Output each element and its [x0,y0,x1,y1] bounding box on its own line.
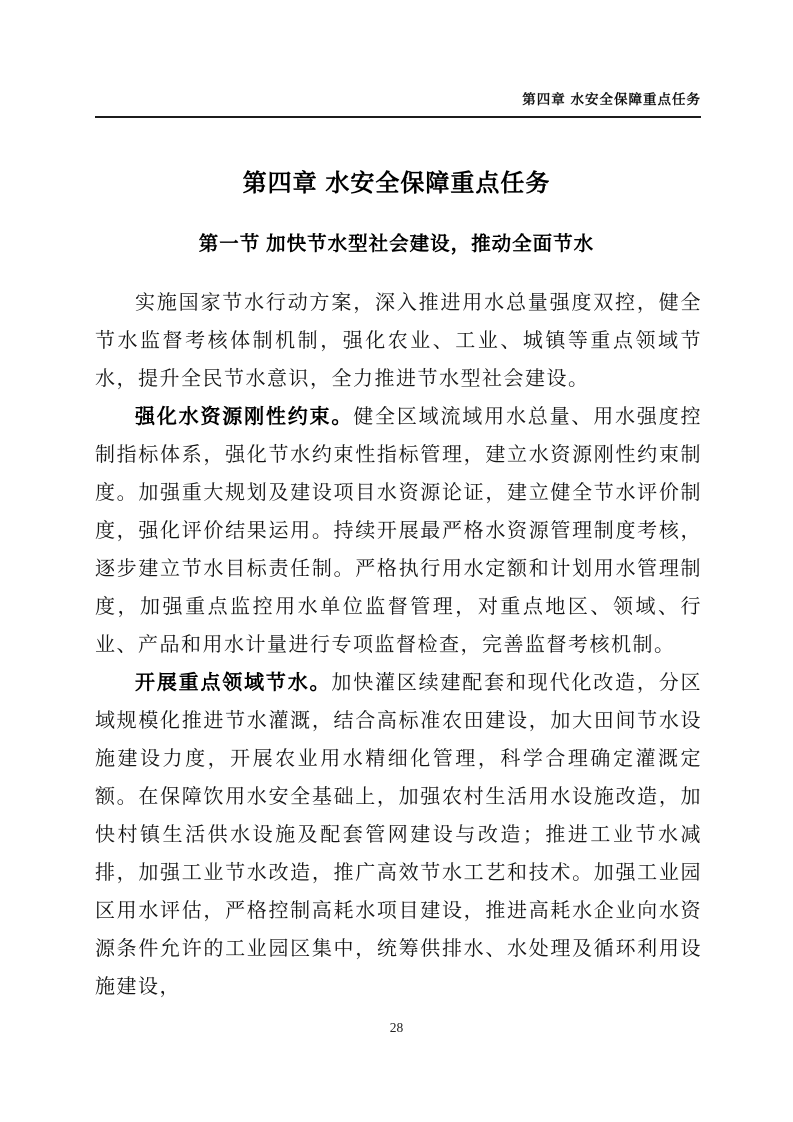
body-paragraph: 实施国家节水行动方案，深入推进用水总量强度双控，健全节水监督考核体制机制，强化农… [95,284,702,398]
page-number: 28 [0,1020,793,1036]
chapter-title: 第四章 水安全保障重点任务 [0,163,793,198]
paragraph-lead: 强化水资源刚性约束。 [135,406,353,428]
paragraph-text: 健全区域流域用水总量、用水强度控制指标体系，强化节水约束性指标管理，建立水资源刚… [95,406,702,656]
body-paragraph: 开展重点领域节水。加快灌区续建配套和现代化改造，分区域规模化推进节水灌溉，结合高… [95,664,702,1006]
paragraph-text: 加快灌区续建配套和现代化改造，分区域规模化推进节水灌溉，结合高标准农田建设，加大… [95,672,702,998]
header-rule [95,116,701,118]
body-text: 实施国家节水行动方案，深入推进用水总量强度双控，健全节水监督考核体制机制，强化农… [95,284,702,1006]
paragraph-text: 实施国家节水行动方案，深入推进用水总量强度双控，健全节水监督考核体制机制，强化农… [95,292,702,390]
running-header: 第四章 水安全保障重点任务 [95,88,701,108]
body-paragraph: 强化水资源刚性约束。健全区域流域用水总量、用水强度控制指标体系，强化节水约束性指… [95,398,702,664]
section-title: 第一节 加快节水型社会建设，推动全面节水 [0,228,793,256]
document-page: 第四章 水安全保障重点任务 第四章 水安全保障重点任务 第一节 加快节水型社会建… [0,0,793,1122]
paragraph-lead: 开展重点领域节水。 [135,672,331,694]
